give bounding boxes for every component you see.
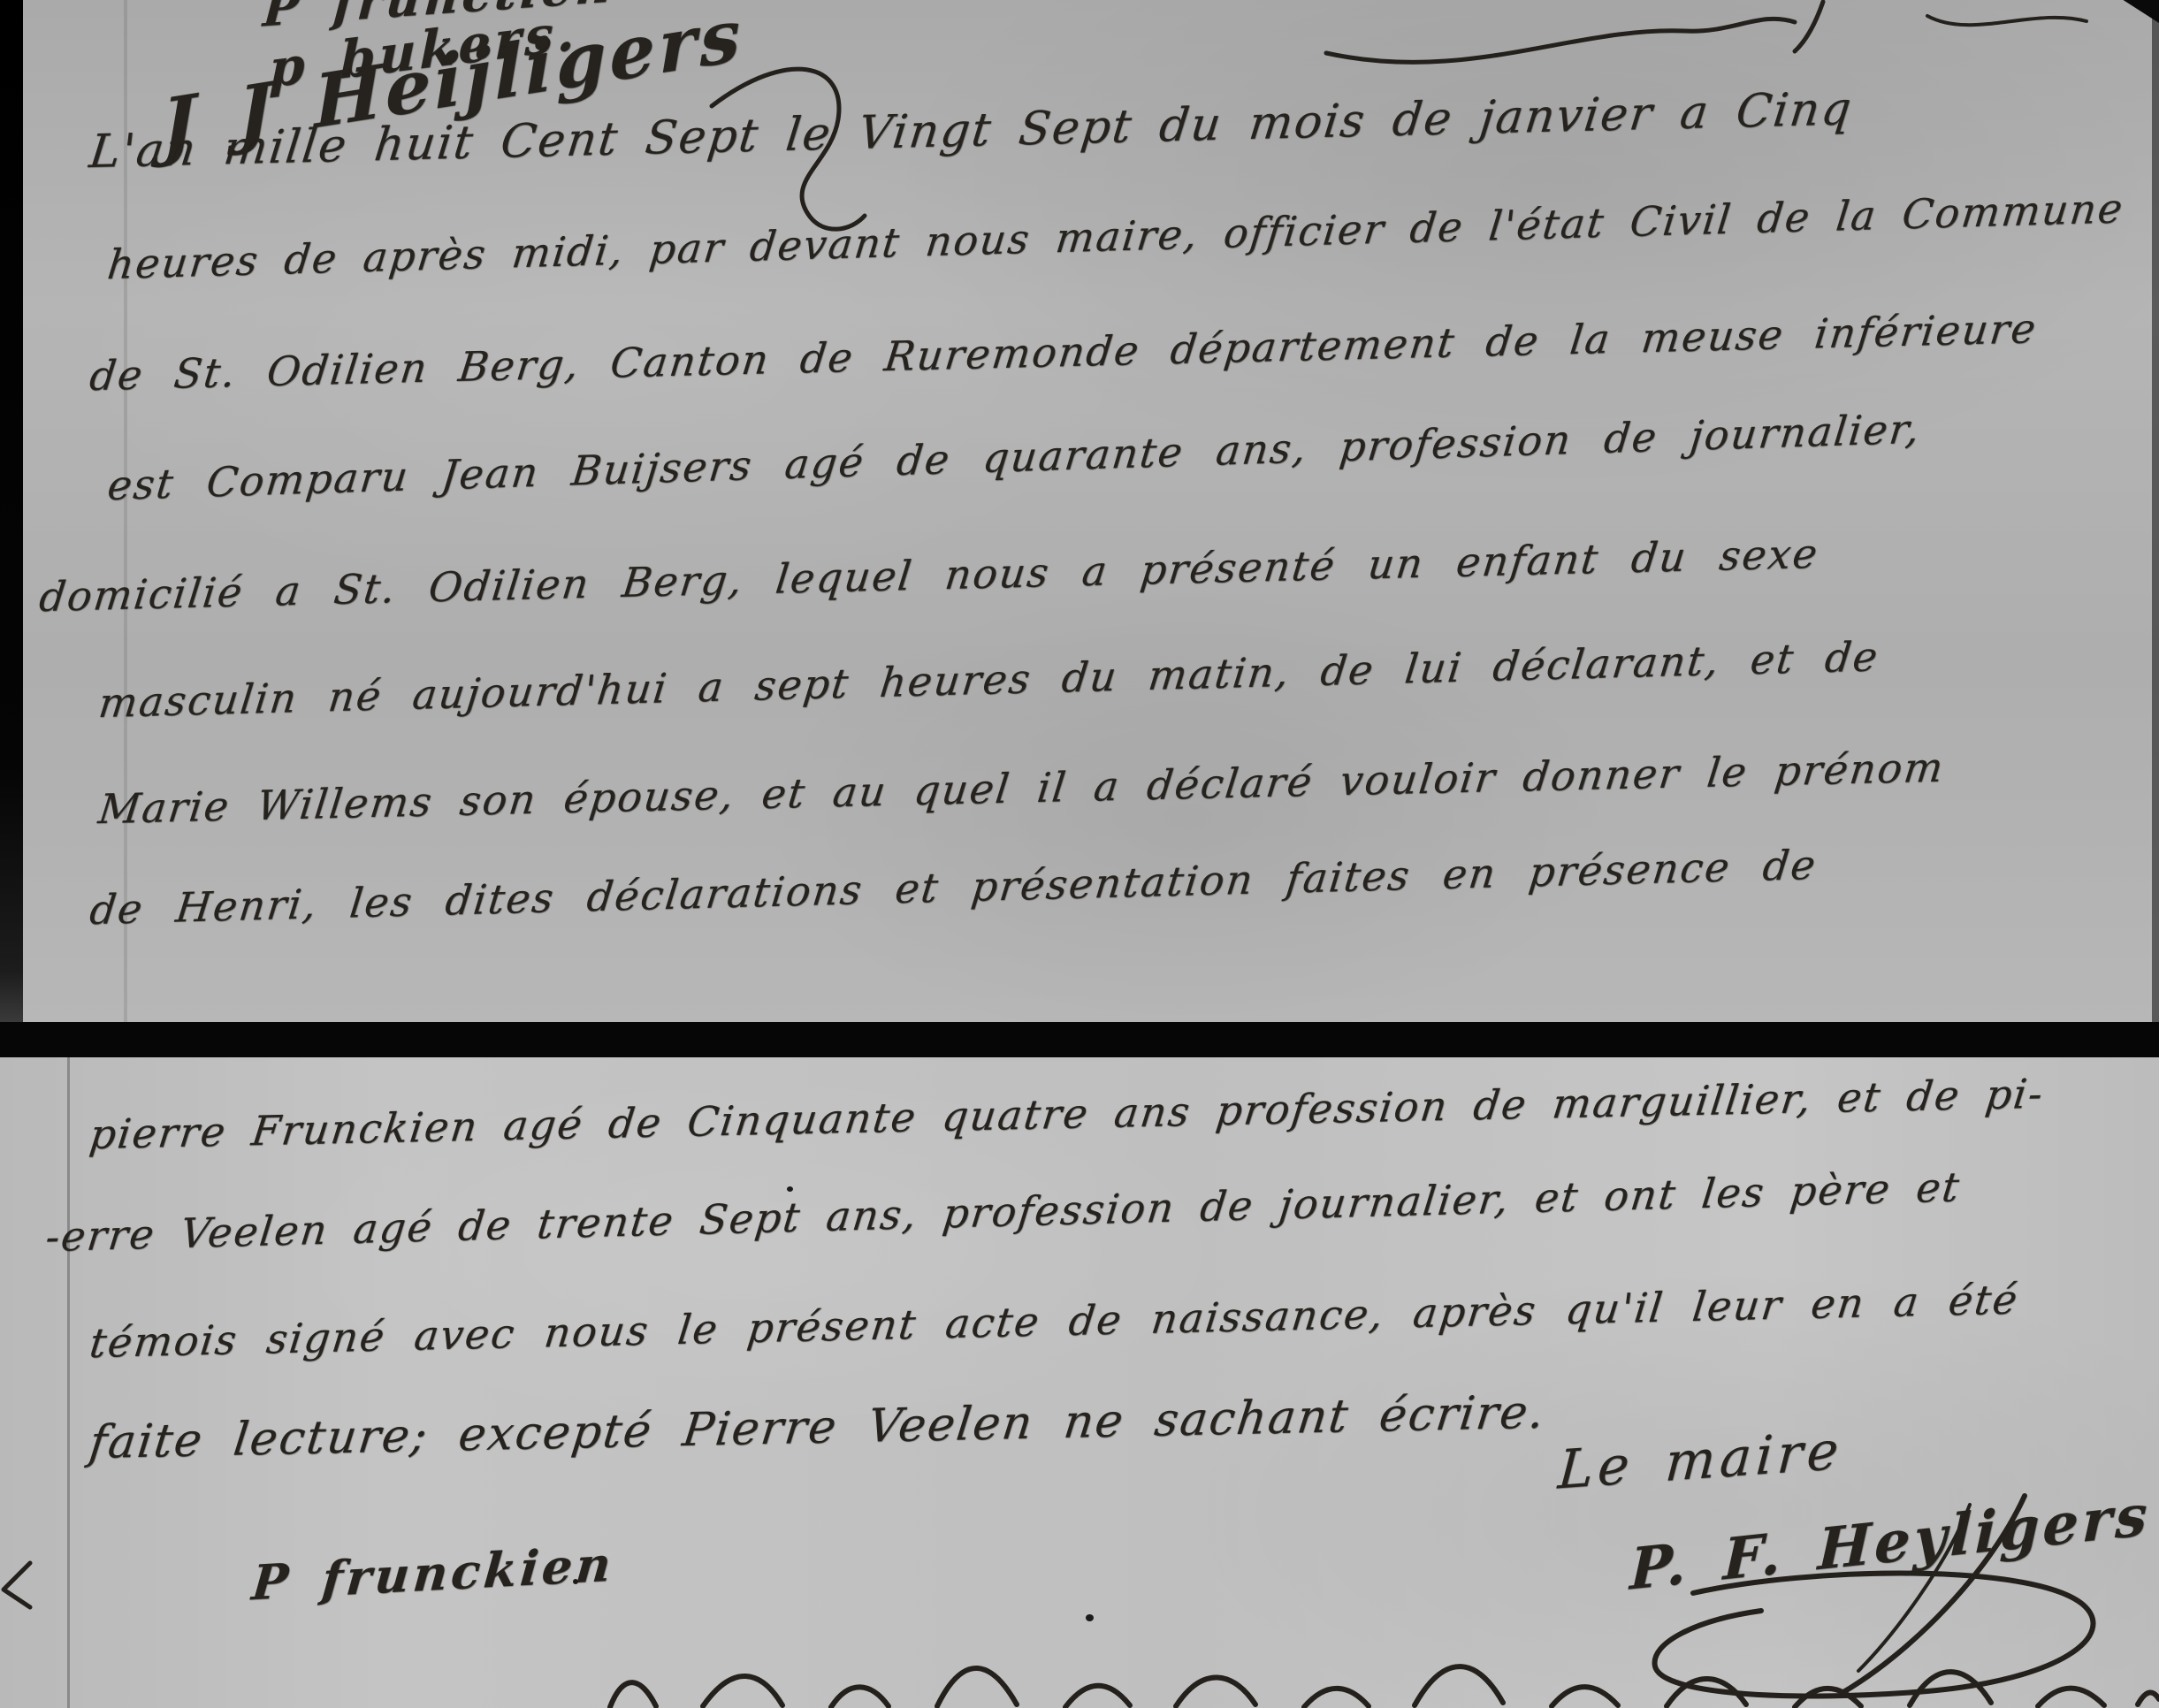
ink-speck [573, 1579, 578, 1584]
scan-edge-left [0, 0, 23, 1022]
scan-edge-right [2152, 0, 2159, 1022]
fold-line-bottom [67, 1057, 70, 1708]
ink-speck [1086, 1614, 1094, 1621]
scan-divider-band [0, 1022, 2159, 1057]
ink-speck [787, 1186, 793, 1192]
register-page: P frunctien p bukers. J J Heijligers L'a… [0, 0, 2159, 1708]
scan-strip-bottom [0, 1057, 2159, 1708]
